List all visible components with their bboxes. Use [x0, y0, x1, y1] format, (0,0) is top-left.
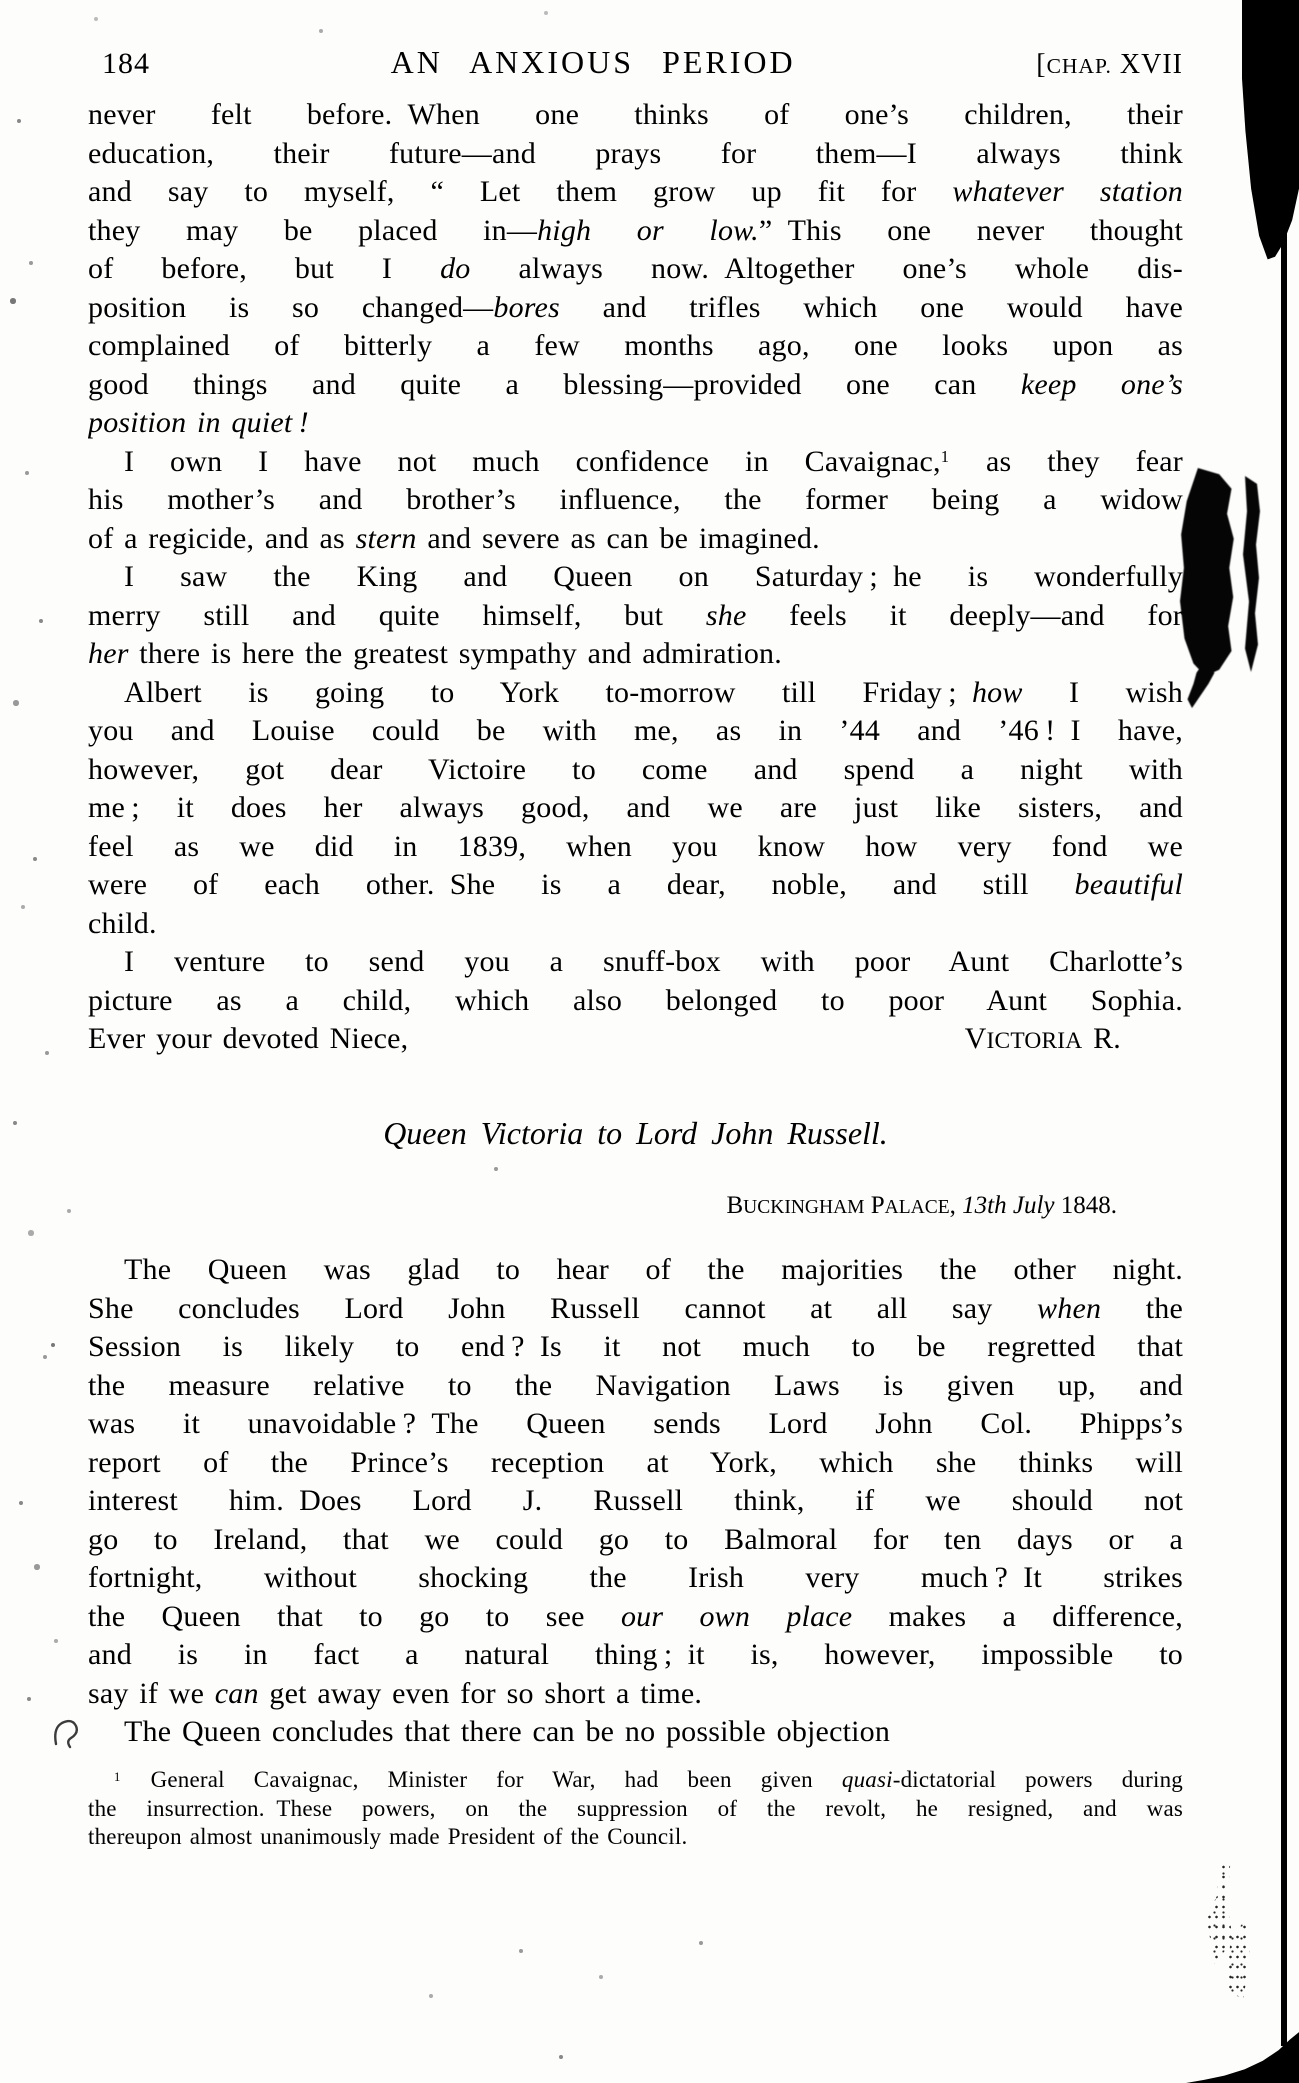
letter1-body: never felt before. When one thinks of on… — [88, 96, 1183, 1059]
text-line: Albert is going to York to-morrow till F… — [88, 674, 1183, 713]
text-line: you and Louise could be with me, as in ’… — [88, 712, 1183, 751]
text-line: they may be placed in—high or low.” This… — [88, 212, 1183, 251]
text-line: interest him. Does Lord J. Russell think… — [88, 1482, 1183, 1521]
text-line: and say to myself, “ Let them grow up fi… — [88, 173, 1183, 212]
text-line: education, their future—and prays for th… — [88, 135, 1183, 174]
text-run: ALACE — [885, 1197, 950, 1218]
text-line: child. — [88, 905, 1183, 944]
ink-blob-part — [1180, 468, 1236, 676]
text-line: and is in fact a natural thing ; it is, … — [88, 1636, 1183, 1675]
text-run: She concludes Lord John Russell cannot a… — [88, 1292, 1037, 1325]
text-run: always now. Altogether one’s whole dis- — [470, 252, 1183, 285]
text-run: feels it deeply—and for — [747, 599, 1183, 632]
scan-artifact-ink-blob — [1180, 468, 1264, 708]
text-line: She concludes Lord John Russell cannot a… — [88, 1290, 1183, 1329]
text-line: the measure relative to the Navigation L… — [88, 1367, 1183, 1406]
text-line: me ; it does her always good, and we are… — [88, 789, 1183, 828]
italic-run: do — [440, 252, 470, 285]
text-run: fortnight, without shocking the Irish ve… — [88, 1561, 1183, 1594]
italic-run: bores — [493, 291, 560, 324]
ink-blob-part — [1240, 476, 1260, 672]
text-run: of before, but I — [88, 252, 440, 285]
text-line: say if we can get away even for so short… — [88, 1675, 1183, 1714]
text-run: thereupon almost unanimously made Presid… — [88, 1824, 687, 1849]
italic-run: whatever station — [952, 175, 1183, 208]
text-run: was it unavoidable ? The Queen sends Lor… — [88, 1407, 1183, 1440]
text-line: feel as we did in 1839, when you know ho… — [88, 828, 1183, 867]
italic-run: position in quiet ! — [88, 406, 309, 439]
text-run: position is so changed— — [88, 291, 493, 324]
text-run: and is in fact a natural thing ; it is, … — [88, 1638, 1183, 1671]
letter2-dateline: BUCKINGHAM PALACE, 13th July 1848. — [88, 1192, 1117, 1220]
text-run: R. — [1082, 1022, 1121, 1055]
text-line: report of the Prince’s reception at York… — [88, 1444, 1183, 1483]
text-line: position in quiet ! — [88, 404, 1183, 443]
letter2-heading: Queen Victoria to Lord John Russell. — [88, 1115, 1183, 1152]
text-line: his mother’s and brother’s influence, th… — [88, 481, 1183, 520]
letter2-body: The Queen was glad to hear of the majori… — [88, 1251, 1183, 1752]
text-run: ” This one never thought — [759, 214, 1183, 247]
italic-run: she — [706, 599, 747, 632]
italic-run: how — [972, 676, 1023, 709]
text-line: position is so changed—bores and trifles… — [88, 289, 1183, 328]
text-run: however, got dear Victoire to come and s… — [88, 753, 1183, 786]
text-run: Ever your devoted Niece, — [88, 1022, 408, 1055]
text-run: The Queen concludes that there can be no… — [124, 1715, 890, 1748]
running-title: AN ANXIOUS PERIOD — [150, 44, 1036, 81]
text-run: feel as we did in 1839, when you know ho… — [88, 830, 1183, 863]
text-run: they may be placed in— — [88, 214, 537, 247]
text-run: V — [965, 1022, 987, 1055]
italic-run: can — [215, 1677, 259, 1710]
text-run: General Cavaignac, Minister for War, had… — [122, 1767, 842, 1792]
italic-run: keep one’s — [1021, 368, 1183, 401]
text-run: CHAP. — [1047, 54, 1112, 78]
text-line: were of each other. She is a dear, noble… — [88, 866, 1183, 905]
text-line: go to Ireland, that we could go to Balmo… — [88, 1521, 1183, 1560]
text-run: of a regicide, and as — [88, 522, 356, 555]
italic-run: her — [88, 637, 129, 670]
text-line: her there is here the greatest sympathy … — [88, 635, 1183, 674]
signature-closing: Ever your devoted Niece, — [88, 1020, 408, 1059]
italic-run: when — [1037, 1292, 1101, 1325]
text-line: the Queen that to go to see our own plac… — [88, 1598, 1183, 1637]
chapter-label: [CHAP. XVII — [1036, 49, 1183, 81]
text-run: B — [726, 1192, 743, 1219]
text-line: never felt before. When one thinks of on… — [88, 96, 1183, 135]
text-line: 1 General Cavaignac, Minister for War, h… — [88, 1766, 1183, 1795]
text-run: P — [865, 1192, 885, 1219]
text-line: I own I have not much confidence in Cava… — [88, 443, 1183, 482]
text-run: UCKINGHAM — [743, 1197, 864, 1218]
scan-artifact-speckle-patch — [1206, 1862, 1250, 1998]
italic-run: quasi — [842, 1767, 893, 1792]
text-run: XVII — [1112, 49, 1183, 80]
text-run: picture as a child, which also belonged … — [88, 984, 1183, 1017]
pen-mark — [52, 1716, 86, 1758]
text-run: interest him. Does Lord J. Russell think… — [88, 1484, 1183, 1517]
text-run: and say to myself, “ Let them grow up fi… — [88, 175, 952, 208]
italic-run: 13th July — [962, 1192, 1054, 1219]
text-run: good things and quite a blessing—provide… — [88, 368, 1021, 401]
page-number: 184 — [88, 47, 150, 81]
text-run: 1848. — [1055, 1192, 1118, 1219]
footnote-marker: 1 — [941, 447, 949, 466]
text-run: there is here the greatest sympathy and … — [129, 637, 782, 670]
text-run: I saw the King and Queen on Saturday ; h… — [124, 560, 1183, 593]
text-line: picture as a child, which also belonged … — [88, 982, 1183, 1021]
text-run: as they fear — [950, 445, 1183, 478]
text-line: I saw the King and Queen on Saturday ; h… — [88, 558, 1183, 597]
text-line: fortnight, without shocking the Irish ve… — [88, 1559, 1183, 1598]
text-line: complained of bitterly a few months ago,… — [88, 327, 1183, 366]
book-page-scan: 184 AN ANXIOUS PERIOD [CHAP. XVII never … — [0, 0, 1299, 2083]
text-run: -dictatorial powers during — [893, 1767, 1183, 1792]
italic-run: stern — [356, 522, 417, 555]
text-run: ICTORIA — [987, 1028, 1083, 1054]
text-run: say if we — [88, 1677, 215, 1710]
italic-run: high or low. — [537, 214, 759, 247]
signature-line: Ever your devoted Niece,VICTORIA R. — [88, 1020, 1183, 1059]
text-run: get away even for so short a time. — [259, 1677, 702, 1710]
scan-artifact-gutter-line — [1281, 198, 1287, 2046]
text-line: The Queen was glad to hear of the majori… — [88, 1251, 1183, 1290]
italic-run: our own place — [621, 1600, 852, 1633]
text-line: however, got dear Victoire to come and s… — [88, 751, 1183, 790]
italic-run: beautiful — [1075, 868, 1183, 901]
text-run: complained of bitterly a few months ago,… — [88, 329, 1183, 362]
text-run: I wish — [1023, 676, 1183, 709]
text-run: never felt before. When one thinks of on… — [88, 98, 1183, 131]
text-line: was it unavoidable ? The Queen sends Lor… — [88, 1405, 1183, 1444]
text-run: go to Ireland, that we could go to Balmo… — [88, 1523, 1183, 1556]
text-run: report of the Prince’s reception at York… — [88, 1446, 1183, 1479]
text-run: child. — [88, 907, 157, 940]
text-run: I venture to send you a snuff-box with p… — [124, 945, 1183, 978]
text-run: the measure relative to the Navigation L… — [88, 1369, 1183, 1402]
text-run: Albert is going to York to-morrow till F… — [124, 676, 972, 709]
text-line: the insurrection. These powers, on the s… — [88, 1795, 1183, 1824]
text-run: makes a difference, — [852, 1600, 1183, 1633]
text-run: were of each other. She is a dear, noble… — [88, 868, 1075, 901]
footnote: 1 General Cavaignac, Minister for War, h… — [88, 1766, 1183, 1852]
scan-noise-specks — [0, 0, 2, 2]
page-header: 184 AN ANXIOUS PERIOD [CHAP. XVII — [88, 44, 1183, 81]
text-line: of a regicide, and as stern and severe a… — [88, 520, 1183, 559]
footnote-marker: 1 — [114, 1770, 121, 1784]
text-run: The Queen was glad to hear of the majori… — [124, 1253, 1183, 1286]
text-run: education, their future—and prays for th… — [88, 137, 1183, 170]
text-run: I own I have not much confidence in Cava… — [124, 445, 941, 478]
text-line: The Queen concludes that there can be no… — [88, 1713, 1183, 1752]
text-line: thereupon almost unanimously made Presid… — [88, 1823, 1183, 1852]
text-line: of before, but I do always now. Altogeth… — [88, 250, 1183, 289]
text-line: I venture to send you a snuff-box with p… — [88, 943, 1183, 982]
scan-artifact-top-right-bar — [1242, 0, 1299, 262]
text-run: [ — [1036, 49, 1046, 80]
text-run: Session is likely to end ? Is it not muc… — [88, 1330, 1183, 1363]
text-run: the insurrection. These powers, on the s… — [88, 1796, 1183, 1821]
signature-name: VICTORIA R. — [965, 1020, 1121, 1059]
text-line: good things and quite a blessing—provide… — [88, 366, 1183, 405]
text-run: merry still and quite himself, but — [88, 599, 706, 632]
text-run: his mother’s and brother’s influence, th… — [88, 483, 1183, 516]
text-run: , — [950, 1192, 963, 1219]
text-run: and trifles which one would have — [560, 291, 1183, 324]
text-line: merry still and quite himself, but she f… — [88, 597, 1183, 636]
text-run: you and Louise could be with me, as in ’… — [88, 714, 1183, 747]
text-run: me ; it does her always good, and we are… — [88, 791, 1183, 824]
text-run: the — [1101, 1292, 1183, 1325]
text-run: and severe as can be imagined. — [417, 522, 820, 555]
text-line: Session is likely to end ? Is it not muc… — [88, 1328, 1183, 1367]
text-run: the Queen that to go to see — [88, 1600, 621, 1633]
